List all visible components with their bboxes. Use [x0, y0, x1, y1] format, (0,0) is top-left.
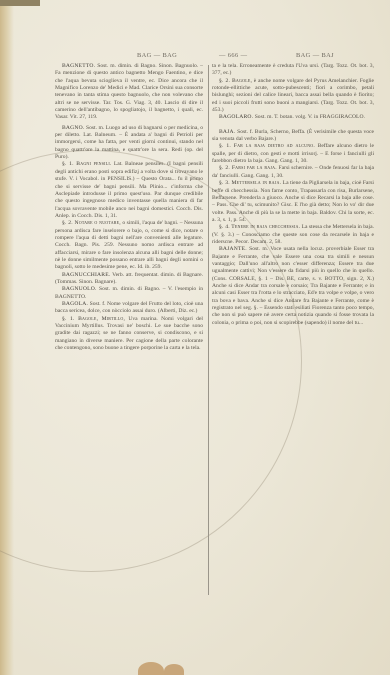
headword: BAGNETTO.	[62, 63, 95, 69]
dictionary-entry: BAGNUCCHIARE. Verb. att. frequentat. dim…	[55, 272, 203, 287]
dictionary-page: BAG — BAG — 666 — BAG — BAJ BAGNETTO. So…	[0, 0, 390, 675]
header-left: BAG — BAG	[137, 52, 177, 59]
dictionary-entry: BAGNETTO. Sost. m. dimin. di Bagno. Sino…	[55, 63, 203, 122]
finger-tip	[164, 664, 184, 675]
definition: Sost. f. Burla, Scherno, Beffa. (È veris…	[212, 129, 374, 142]
dictionary-entry: ta e la tela. Erroneamente è creduta l'U…	[212, 63, 374, 78]
definition: o simili, l'aqua de' bagni. – Nessuna pe…	[55, 220, 203, 270]
definition: Sost. m. T. botan. volg. V. in FRAGGIRAC…	[255, 114, 365, 120]
dictionary-entry: BAGOLARO. Sost. m. T. botan. volg. V. in…	[212, 114, 374, 121]
headword: §. 1. Far la baja dietro ad alcuno.	[219, 143, 315, 149]
dictionary-entry: §. 2. Bagole, è anche nome volgare del P…	[212, 78, 374, 115]
headword: BAGOLARO.	[219, 114, 253, 120]
headword: §. 3. Mettersela in baja.	[219, 180, 281, 186]
definition: Sost. m. Voce usata nella locuz. proverb…	[212, 246, 374, 325]
column-rule	[208, 65, 209, 595]
headword: BAGNUOLO.	[62, 286, 97, 292]
headword: BAGOLA.	[62, 301, 88, 307]
definition: ta e la tela. Erroneamente è creduta l'U…	[212, 63, 374, 76]
dictionary-entry: BAJANTE. Sost. m. Voce usata nella locuz…	[212, 246, 374, 327]
headword: BAJANTE.	[219, 246, 247, 252]
right-column: ta e la tela. Erroneamente è creduta l'U…	[212, 63, 374, 327]
headword: §. 2. Farsi far la baja.	[219, 165, 277, 171]
dictionary-entry: §. 1. Bagni pensili. Lat. Balneae pensil…	[55, 161, 203, 220]
header-right: BAG — BAJ	[296, 52, 334, 59]
definition: Sost. m. dimin. di Bagno. Sinon. Bagnuol…	[55, 63, 203, 120]
headword: BAGNUCCHIARE.	[62, 272, 110, 278]
dictionary-entry: BAGOLA. Sost. f. Nome volgare del Frutto…	[55, 301, 203, 316]
dictionary-entry: §. 3. Mettersela in baja. La tiene da Pi…	[212, 180, 374, 224]
left-column: BAGNETTO. Sost. m. dimin. di Bagno. Sino…	[55, 63, 203, 352]
dictionary-entry: §. 4. Tenere in baja checchessia. La ste…	[212, 224, 374, 246]
dictionary-entry: §. 2. Farsi far la baja. Farsi schernire…	[212, 165, 374, 180]
headword: §. 1. Bagni pensili.	[62, 161, 111, 167]
headword: BAJA.	[219, 129, 235, 135]
running-header: BAG — BAG — 666 — BAG — BAJ	[0, 52, 390, 62]
dictionary-entry: BAGNO. Sost. m. Luogo ad uso di bagnarsi…	[55, 125, 203, 162]
dictionary-entry: §. 1. Far la baja dietro ad alcuno. Beff…	[212, 143, 374, 165]
headword: §. 4. Tenere in baja checchessia.	[219, 224, 300, 230]
top-corner-stain	[0, 0, 40, 6]
dictionary-entry: §. 2. Notare o nuotare, o simili, l'aqua…	[55, 220, 203, 271]
headword: BAGNO.	[62, 125, 85, 131]
definition: Lat. Balneae pensiles. (I bagni pensili …	[55, 161, 203, 218]
definition: La tiene da Pigliarsela in baja, cioè Fa…	[212, 180, 374, 223]
page-number: — 666 —	[219, 52, 247, 59]
dictionary-entry: BAJA. Sost. f. Burla, Scherno, Beffa. (È…	[212, 129, 374, 144]
dictionary-entry: BAGNUOLO. Sost. m. dimin. di Bagno. – V.…	[55, 286, 203, 301]
dictionary-entry: §. 1. Bagole, Mirtillo, Uva marina. Nomi…	[55, 316, 203, 353]
finger-tip	[138, 662, 164, 675]
headword: §. 1. Bagole, Mirtillo,	[62, 316, 125, 322]
headword: §. 2. Bagole,	[219, 78, 252, 84]
headword: §. 2. Notare o nuotare,	[62, 220, 121, 226]
